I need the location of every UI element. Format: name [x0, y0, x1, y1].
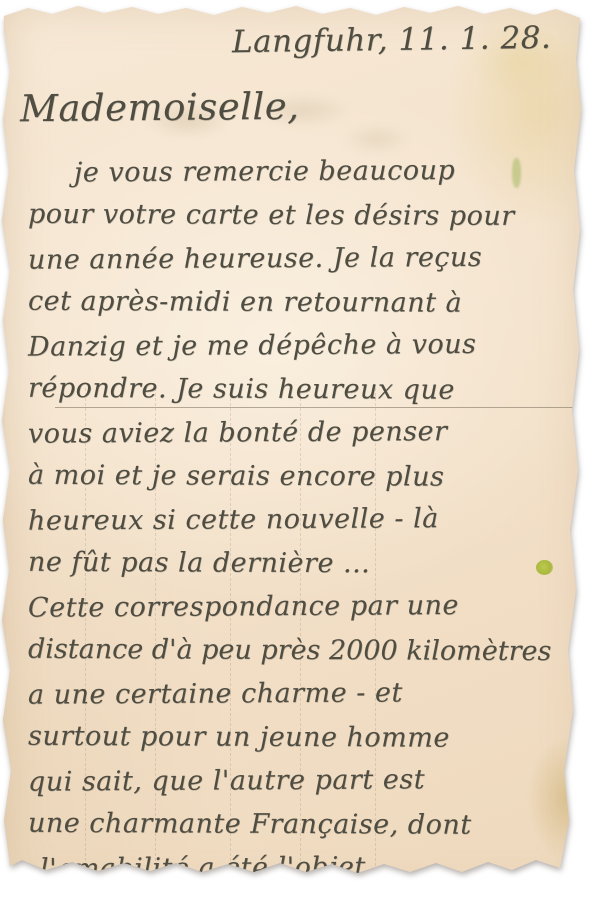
letter-line: ne fût pas la dernière ... — [28, 540, 580, 586]
letter-line: a une certaine charme - et — [28, 670, 580, 717]
letter-line: répondre. Je suis heureux que — [28, 366, 580, 412]
postcard-shadow: Langfuhr, 11. 1. 28. Mademoiselle, je vo… — [0, 0, 590, 900]
dateline: Langfuhr, 11. 1. 28. — [232, 20, 552, 60]
letter-line: une charmante Française, dont — [28, 801, 580, 847]
letter-line: à moi et je serais encore plus — [28, 453, 580, 499]
letter-line: Danzig et je me dépêche à vous — [28, 322, 580, 369]
letter-line: surtout pour un jeune homme — [28, 714, 580, 760]
letter-line: Cette correspondance par une — [28, 583, 580, 630]
letter-line: qui sait, que l'autre part est — [28, 757, 580, 804]
salutation: Mademoiselle, — [20, 85, 300, 130]
letter-line: heureux si cette nouvelle - là — [28, 496, 580, 543]
letter-line: vous aviez la bonté de penser — [28, 409, 580, 456]
letter-body: je vous remercie beaucouppour votre cart… — [28, 150, 580, 890]
letter-line: l'amabilité a été l'objet — [40, 844, 580, 891]
letter-line: une année heureuse. Je la reçus — [28, 235, 580, 282]
letter-line: pour votre carte et les désirs pour — [28, 192, 580, 238]
letter-line: cet après-midi en retournant à — [28, 279, 580, 325]
postcard-paper: Langfuhr, 11. 1. 28. Mademoiselle, je vo… — [0, 0, 590, 900]
letter-line: distance d'à peu près 2000 kilomètres — [28, 627, 580, 673]
letter-line: je vous remercie beaucoup — [28, 148, 580, 195]
postcard-scan: Langfuhr, 11. 1. 28. Mademoiselle, je vo… — [0, 0, 590, 900]
